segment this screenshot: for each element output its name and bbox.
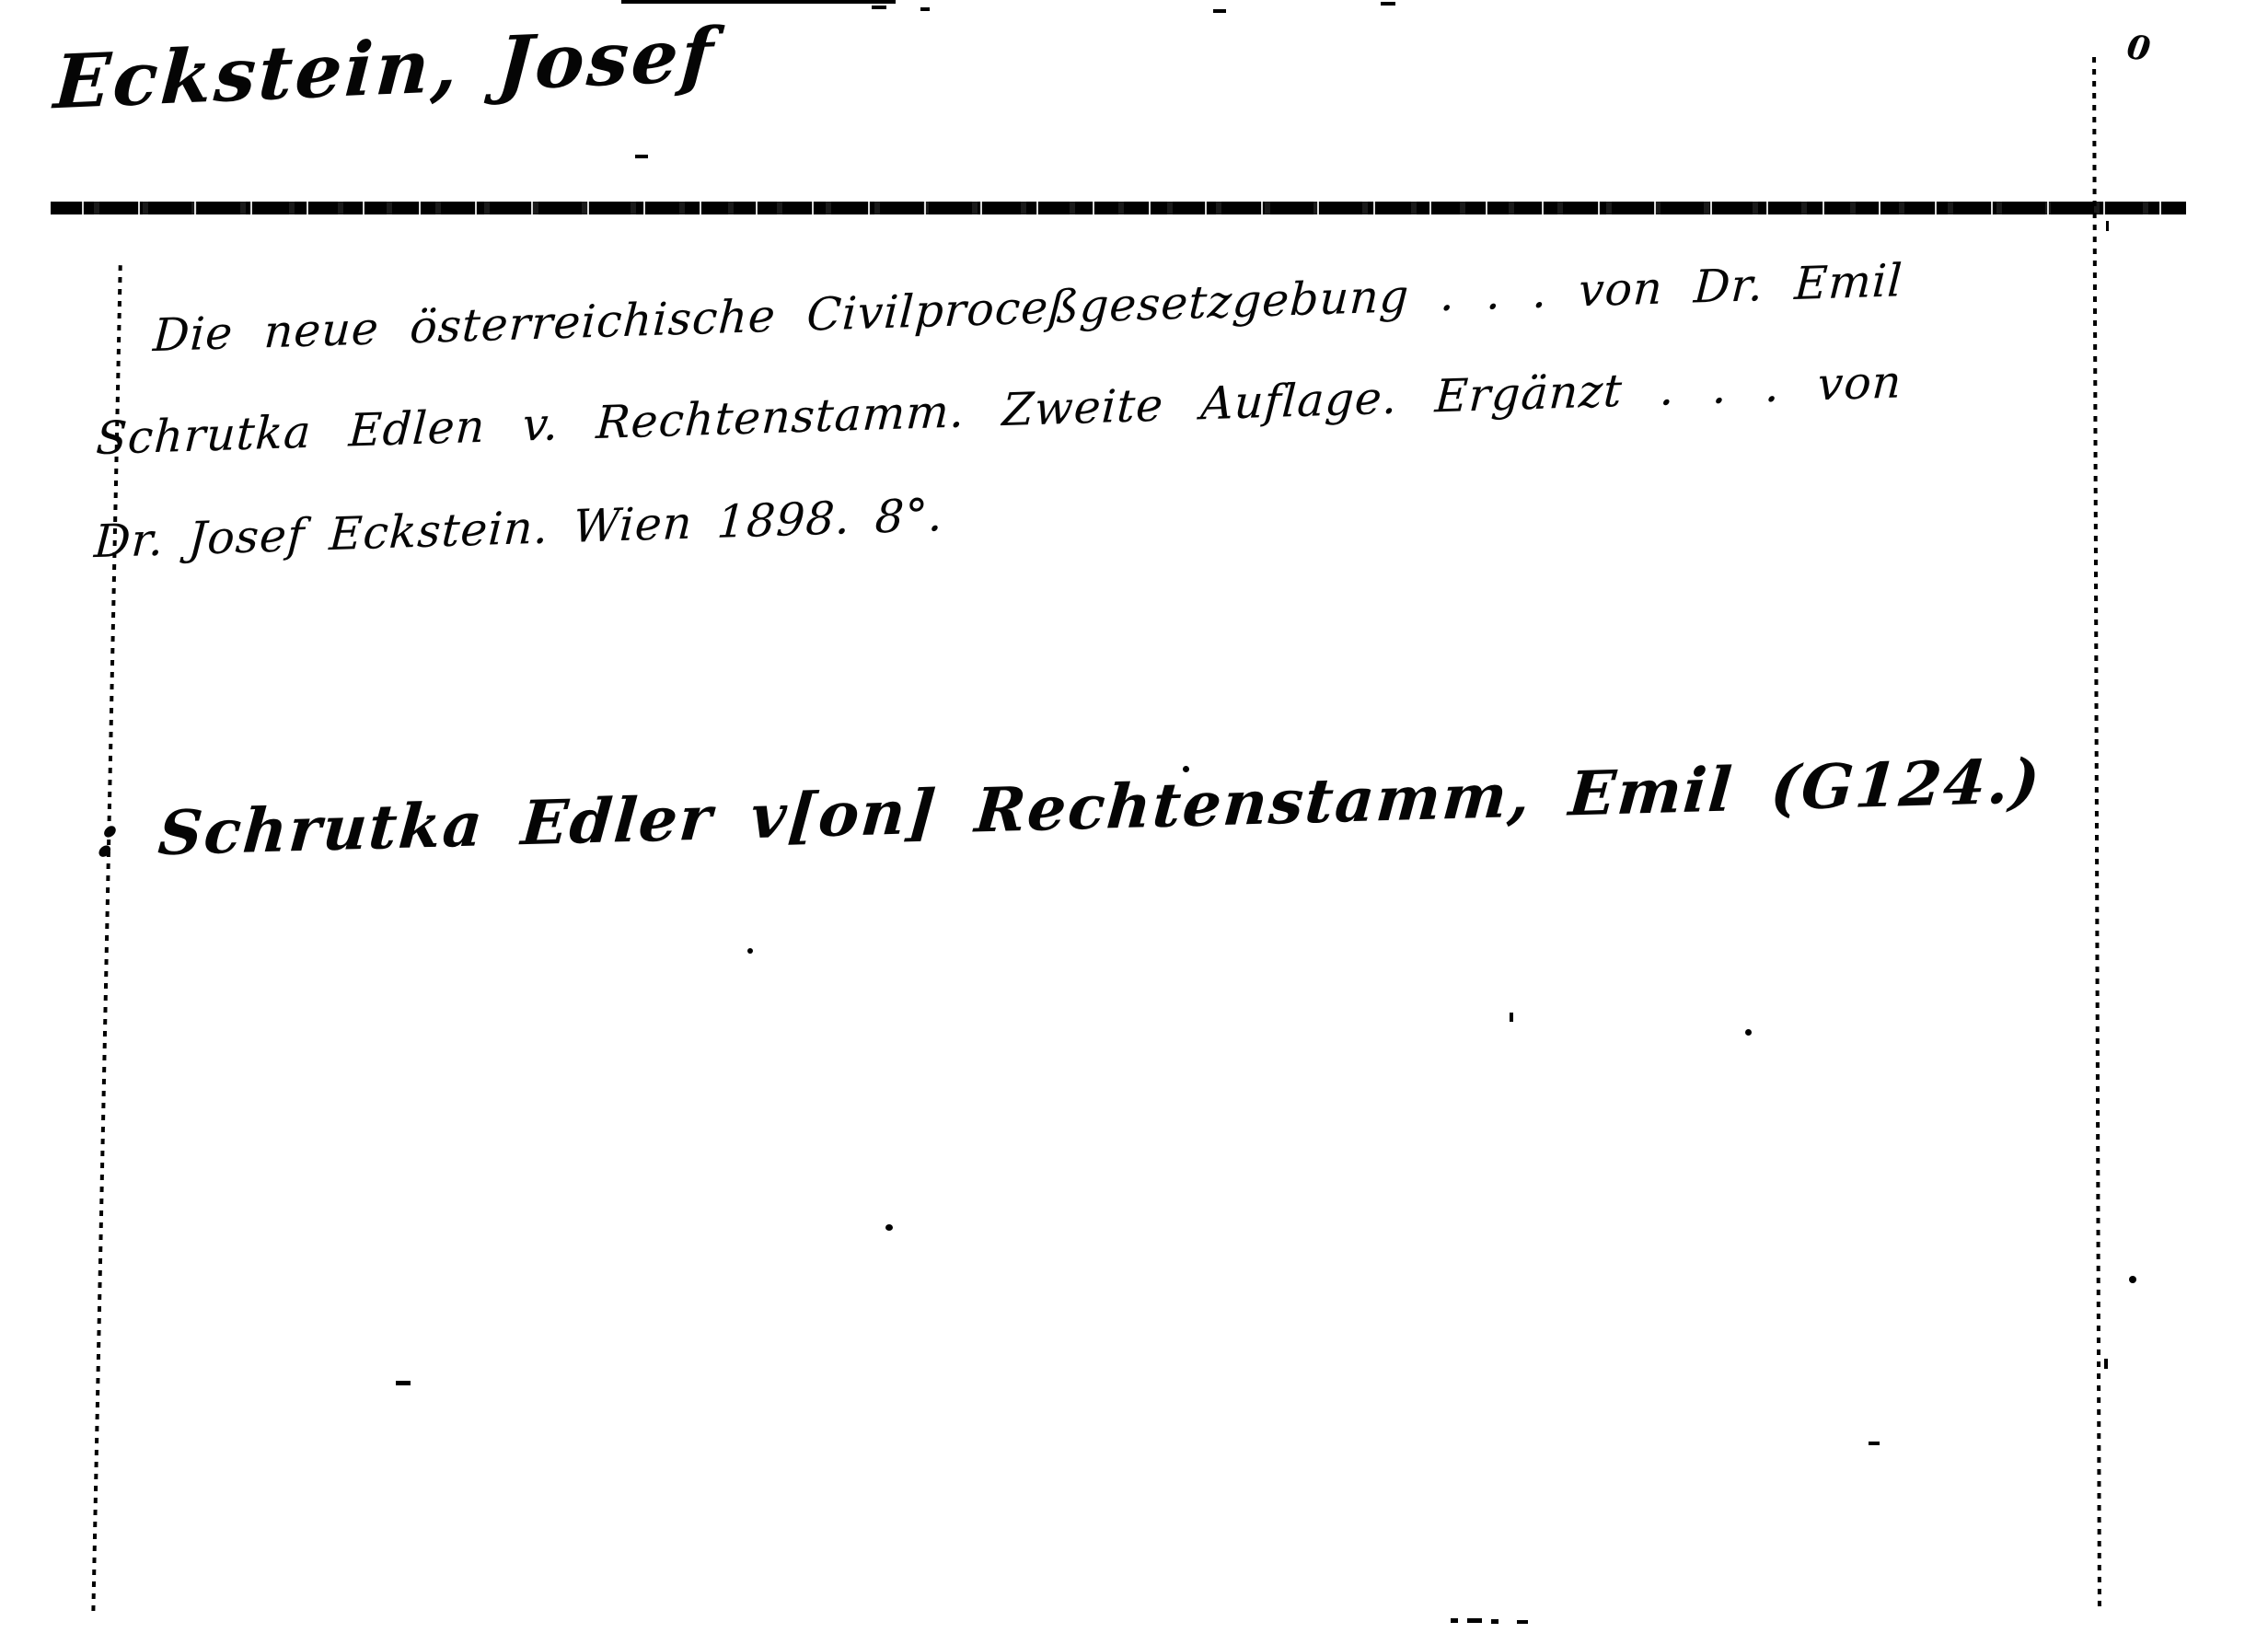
- entry-line-3: Dr. Josef Eckstein. Wien 1898. 8°.: [93, 489, 945, 568]
- scan-speck: [920, 7, 930, 11]
- scan-top-edge-line: [621, 0, 896, 4]
- scan-speck: [2106, 221, 2109, 231]
- scan-speck: [396, 1381, 411, 1385]
- entry-line-1: Die neue österreichische Civilproceßgese…: [152, 254, 1904, 362]
- scan-speck: [1451, 1618, 1458, 1623]
- scan-speck: [1381, 2, 1395, 6]
- scan-speck: [747, 948, 753, 954]
- scan-speck: [1869, 1442, 1880, 1445]
- scan-speck: [885, 1224, 893, 1231]
- page-number-mark: 0: [2124, 28, 2153, 69]
- scan-speck: [1517, 1620, 1528, 1624]
- heading-rule: [51, 202, 2186, 214]
- scan-speck: [635, 155, 648, 158]
- scan-speck: [1491, 1619, 1498, 1624]
- scan-speck: [872, 6, 886, 9]
- left-margin-dotted-line: [91, 265, 121, 1616]
- scan-speck: [2104, 1359, 2108, 1369]
- scan-speck: [1510, 1013, 1513, 1022]
- card-heading: Eckstein, Josef: [52, 11, 718, 125]
- entry-line-2: Schrutka Edlen v. Rechtenstamm. Zweite A…: [95, 355, 1903, 465]
- scan-speck: [2129, 1276, 2136, 1283]
- scan-speck: [1467, 1618, 1482, 1623]
- cross-reference-line: : Schrutka Edler v[on] Rechtenstamm, Emi…: [94, 745, 2043, 871]
- catalog-card: 0 Eckstein, Josef Die neue österreichisc…: [0, 0, 2268, 1633]
- scan-speck: [1745, 1029, 1752, 1036]
- scan-speck: [1213, 9, 1226, 13]
- right-margin-dotted-line: [2092, 57, 2101, 1607]
- scan-speck: [1183, 766, 1189, 772]
